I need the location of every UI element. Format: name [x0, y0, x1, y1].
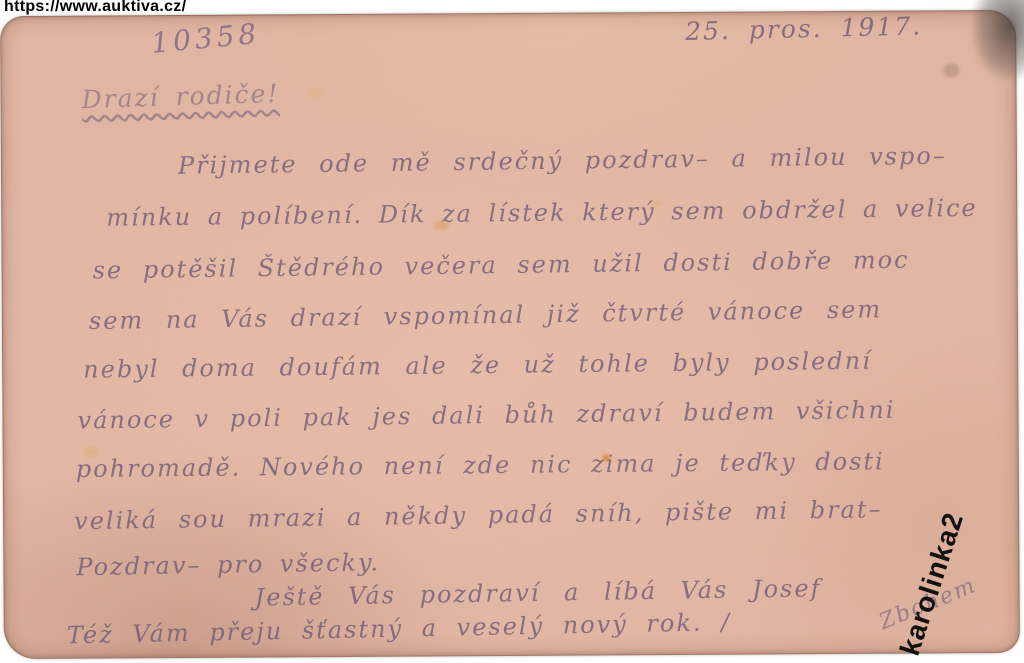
scanned-postcard-image: https://www.auktiva.cz/ 10358 25. pros. …: [0, 0, 1024, 663]
source-url-text: https://www.auktiva.cz/: [4, 0, 186, 16]
body-line: nebyl doma doufám ale že už tohle byly p…: [83, 347, 872, 384]
stain-spot: [652, 199, 662, 207]
body-line: veliká sou mrazi a někdy padá sníh, pišt…: [74, 495, 883, 535]
body-line: Pozdrav– pro všecky.: [76, 548, 380, 581]
body-line: sem na Vás drazí vspomínal již čtvrté vá…: [89, 295, 883, 335]
body-line: mínku a políbení. Dík za lístek který se…: [106, 194, 978, 232]
catalog-number: 10358: [150, 17, 262, 60]
stain-spot: [943, 63, 959, 77]
body-line: se potěšil Štědrého večera sem užil dost…: [92, 246, 909, 285]
date-handwritten: 25. pros. 1917.: [685, 11, 923, 46]
body-line: Též Vám přeju šťastný a veselý nový rok.…: [67, 608, 732, 649]
postcard-paper: 10358 25. pros. 1917. Drazí rodiče! Přij…: [0, 10, 1020, 659]
body-line: pohromadě. Nového není zde nic zima je t…: [76, 447, 885, 483]
stain-spot: [434, 220, 448, 230]
corner-smudge: [972, 0, 1024, 80]
stain-spot: [84, 447, 98, 458]
stain-spot: [309, 87, 321, 97]
body-line: Přijmete ode mě srdečný pozdrav– a milou…: [178, 142, 947, 180]
body-line: vánoce v poli pak jes dali bůh zdraví bu…: [77, 396, 895, 435]
salutation: Drazí rodiče!: [81, 79, 280, 114]
stain-spot: [603, 454, 610, 461]
body-line: Ještě Vás pozdraví a líbá Vás Josef: [254, 574, 821, 611]
